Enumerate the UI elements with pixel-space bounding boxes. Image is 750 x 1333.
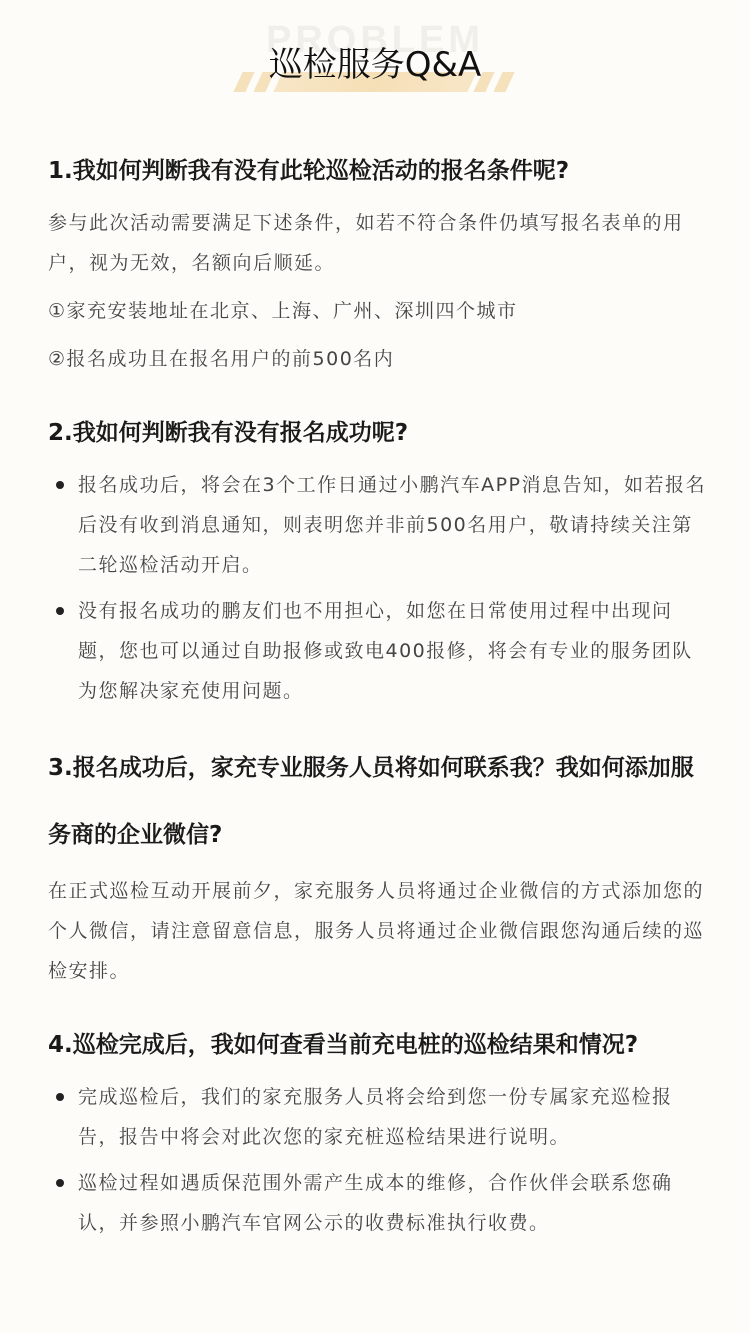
qa-section-3: 3.报名成功后，家充专业服务人员将如何联系我？我如何添加服务商的企业微信? 在正… (48, 735, 708, 991)
answer-bullet-item: 巡检过程如遇质保范围外需产生成本的维修，合作伙伴会联系您确认，并参照小鹏汽车官网… (48, 1163, 708, 1243)
bullet-text: 没有报名成功的鹏友们也不用担心，如您在日常使用过程中出现问题，您也可以通过自助报… (78, 600, 693, 702)
bullet-dot-icon (56, 1093, 64, 1101)
bullet-text: 完成巡检后，我们的家充服务人员将会给到您一份专属家充巡检报告，报告中将会对此次您… (78, 1086, 673, 1148)
answer-paragraph: 参与此次活动需要满足下述条件，如若不符合条件仍填写报名表单的用户，视为无效，名额… (48, 203, 708, 283)
bullet-dot-icon (56, 607, 64, 615)
qa-content: 1.我如何判断我有没有此轮巡检活动的报名条件呢? 参与此次活动需要满足下述条件，… (48, 155, 708, 1281)
question-heading: 4.巡检完成后，我如何查看当前充电桩的巡检结果和情况? (48, 1029, 708, 1061)
answer-bullet-list: 报名成功后，将会在3个工作日通过小鹏汽车APP消息告知，如若报名后没有收到消息通… (48, 465, 708, 711)
qa-section-4: 4.巡检完成后，我如何查看当前充电桩的巡检结果和情况? 完成巡检后，我们的家充服… (48, 1029, 708, 1243)
page-header: PROBLEM 巡检服务Q&A (0, 0, 750, 130)
answer-condition-2: ②报名成功且在报名用户的前500名内 (48, 339, 708, 379)
bullet-dot-icon (56, 481, 64, 489)
answer-bullet-list: 完成巡检后，我们的家充服务人员将会给到您一份专属家充巡检报告，报告中将会对此次您… (48, 1077, 708, 1243)
answer-bullet-item: 没有报名成功的鹏友们也不用担心，如您在日常使用过程中出现问题，您也可以通过自助报… (48, 591, 708, 711)
question-heading: 1.我如何判断我有没有此轮巡检活动的报名条件呢? (48, 155, 708, 187)
bullet-text: 巡检过程如遇质保范围外需产生成本的维修，合作伙伴会联系您确认，并参照小鹏汽车官网… (78, 1172, 673, 1234)
qa-section-2: 2.我如何判断我有没有报名成功呢? 报名成功后，将会在3个工作日通过小鹏汽车AP… (48, 417, 708, 711)
page-title: 巡检服务Q&A (0, 42, 750, 88)
answer-bullet-item: 报名成功后，将会在3个工作日通过小鹏汽车APP消息告知，如若报名后没有收到消息通… (48, 465, 708, 585)
answer-paragraph: 在正式巡检互动开展前夕，家充服务人员将通过企业微信的方式添加您的个人微信，请注意… (48, 871, 708, 991)
qa-section-1: 1.我如何判断我有没有此轮巡检活动的报名条件呢? 参与此次活动需要满足下述条件，… (48, 155, 708, 379)
answer-bullet-item: 完成巡检后，我们的家充服务人员将会给到您一份专属家充巡检报告，报告中将会对此次您… (48, 1077, 708, 1157)
bullet-dot-icon (56, 1179, 64, 1187)
answer-condition-1: ①家充安装地址在北京、上海、广州、深圳四个城市 (48, 291, 708, 331)
bullet-text: 报名成功后，将会在3个工作日通过小鹏汽车APP消息告知，如若报名后没有收到消息通… (78, 474, 706, 576)
question-heading: 3.报名成功后，家充专业服务人员将如何联系我？我如何添加服务商的企业微信? (48, 735, 708, 869)
question-heading: 2.我如何判断我有没有报名成功呢? (48, 417, 708, 449)
